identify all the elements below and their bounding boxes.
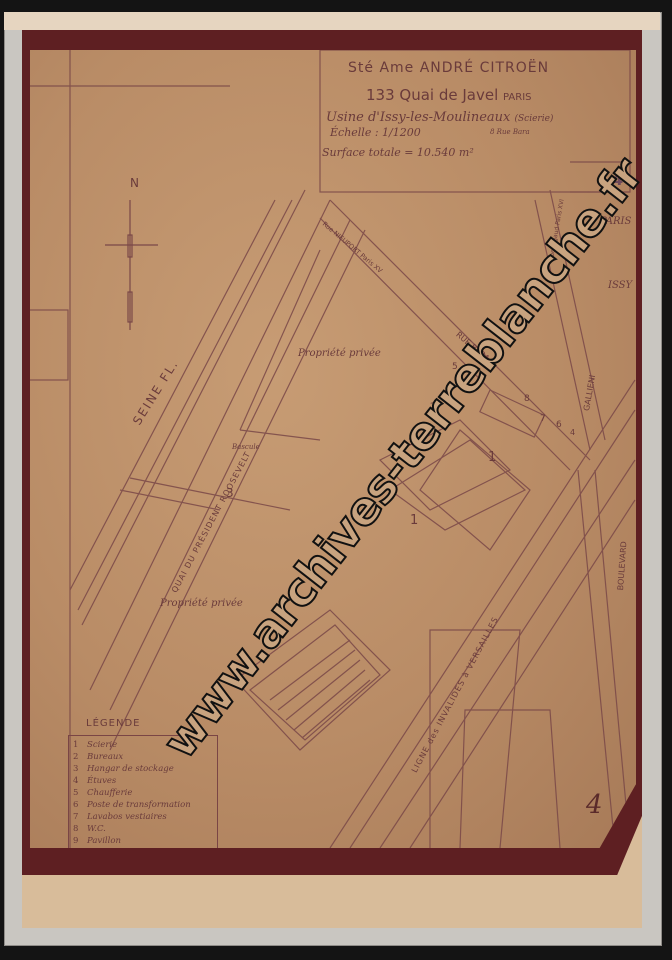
site-name: Usine d'Issy-les-Moulineaux (326, 110, 510, 125)
legend-item: 5Chaufferie (73, 788, 132, 798)
address-city: PARIS (503, 92, 531, 103)
bldg-number: 1 (488, 450, 496, 465)
legend-item: 7Lavabos vestiaires (73, 812, 167, 822)
bldg-number: 7 (540, 414, 546, 424)
north-label: N (130, 176, 139, 190)
site-plan: Sté Ame ANDRÉ CITROËN 133 Quai de Javel … (30, 50, 636, 848)
bldg-number: 4 (570, 428, 575, 437)
legend-item: 9Pavillon (73, 836, 121, 846)
company-address: 133 Quai de Javel PARIS (366, 86, 532, 104)
bldg-number: 1 (410, 513, 418, 528)
legend-item: 8W.C. (73, 824, 106, 834)
legend-item: 4Étuves (73, 776, 116, 786)
label-bascule: Bascule (232, 443, 260, 451)
surface-label: Surface totale = 10.540 m² (322, 146, 474, 159)
corner-mark: 4 (586, 790, 603, 820)
legend-item: 2Bureaux (73, 752, 123, 762)
scale-label: Échelle : 1/1200 (330, 126, 421, 139)
mount-tape-top (4, 12, 660, 30)
site-title: Usine d'Issy-les-Moulineaux (Scierie) (326, 110, 553, 125)
label-issy: ISSY (608, 280, 632, 291)
site-note: (Scierie) (515, 114, 554, 124)
label-private-property-2: Propriété privée (160, 598, 243, 609)
legend-item: 6Poste de transformation (73, 800, 191, 810)
legend-title: LÉGENDE (86, 718, 140, 729)
bldg-number: 3 (226, 486, 234, 500)
company-name: Sté Ame ANDRÉ CITROËN (348, 60, 549, 76)
legend-item: 1Scierie (73, 740, 117, 750)
label-private-property-1: Propriété privée (298, 348, 381, 359)
bldg-number: 6 (556, 420, 562, 430)
legend-item: 3Hangar de stockage (73, 764, 174, 774)
street-note: 8 Rue Bara (490, 128, 530, 136)
address-street: 133 Quai de Javel (366, 86, 498, 104)
bldg-number: 8 (524, 394, 530, 404)
